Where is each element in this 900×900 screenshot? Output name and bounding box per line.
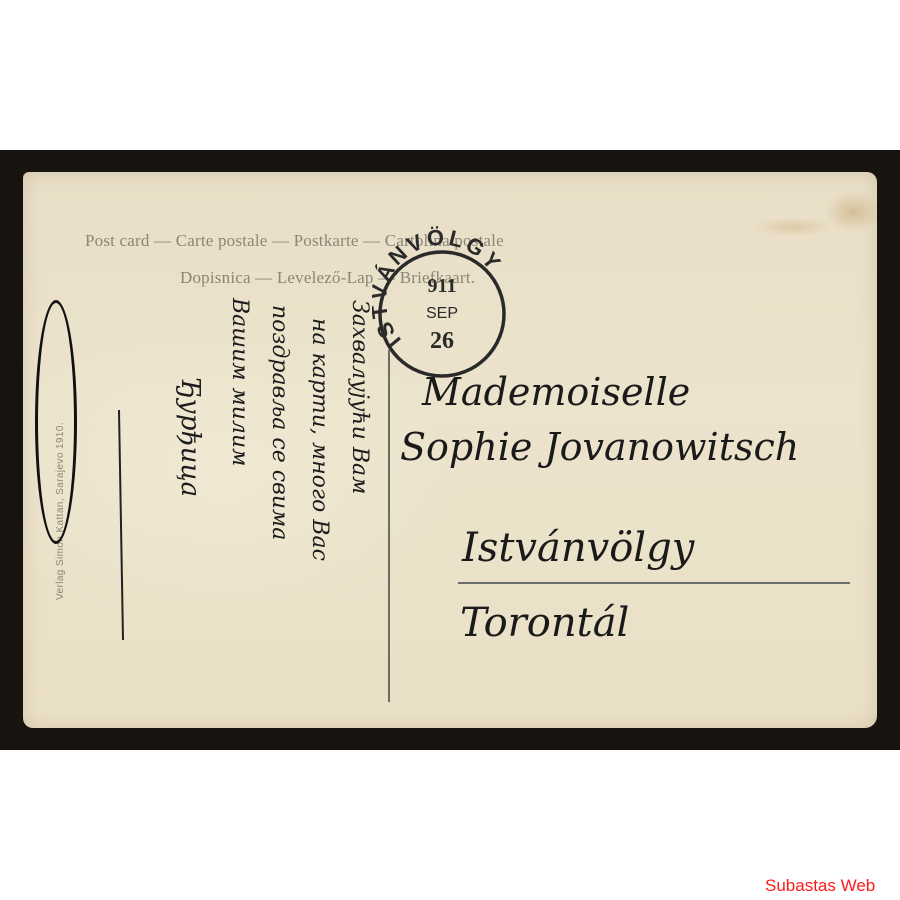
message-line: Вашим милим bbox=[227, 298, 252, 466]
message-line: Захвалујући Вам bbox=[347, 300, 372, 494]
postmark-year: 911 bbox=[428, 275, 457, 297]
address-underline bbox=[458, 582, 850, 584]
divider-line bbox=[388, 350, 390, 702]
address-line-4: Torontál bbox=[460, 600, 629, 646]
postmark-day: 26 bbox=[430, 328, 454, 354]
address-line-3: Istvánvölgy bbox=[462, 525, 694, 571]
postmark-month: SEP bbox=[426, 305, 458, 322]
message-line: поздравља се свима bbox=[267, 305, 292, 540]
address-line-2: Sophie Jovanowitsch bbox=[400, 425, 799, 469]
message-line: на карти, много Вас bbox=[307, 318, 332, 561]
highlight-oval bbox=[35, 300, 77, 544]
postmark-stamp: ISTVÁNVÖLGY 911 SEP 26 bbox=[372, 220, 508, 380]
watermark: Subastas Web bbox=[765, 876, 875, 896]
message-signature: Ђурђица bbox=[175, 378, 205, 497]
